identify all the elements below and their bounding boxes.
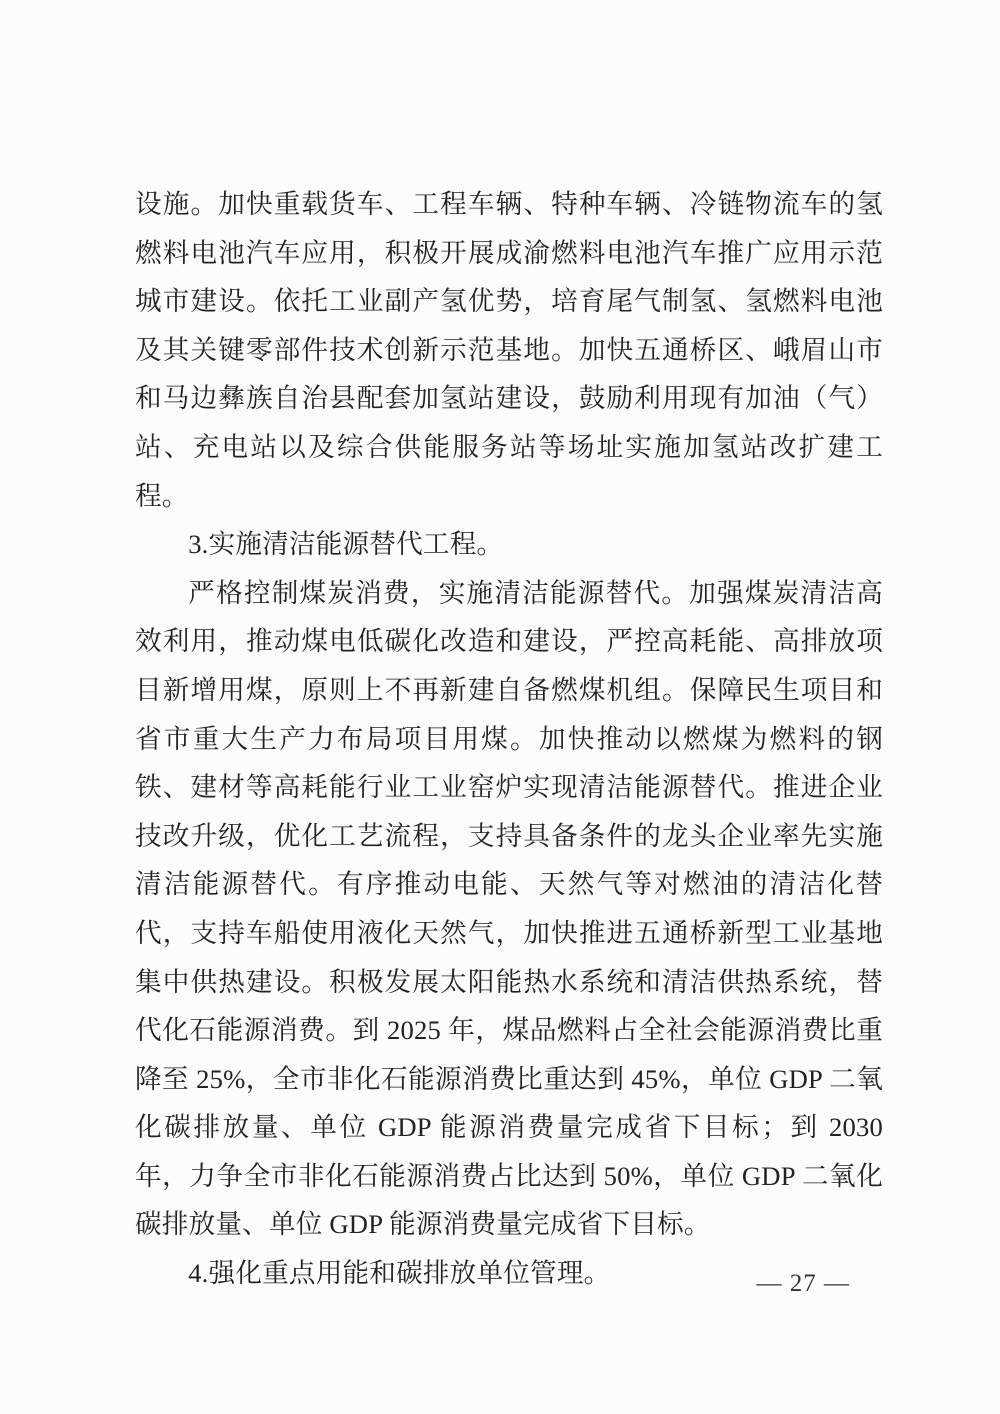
paragraph-clean-energy: 严格控制煤炭消费，实施清洁能源替代。加强煤炭清洁高效利用，推动煤电低碳化改造和建… bbox=[135, 569, 883, 1249]
section-heading-3: 3.实施清洁能源替代工程。 bbox=[135, 520, 883, 569]
document-body: 设施。加快重载货车、工程车辆、特种车辆、冷链物流车的氢燃料电池汽车应用，积极开展… bbox=[135, 180, 883, 1298]
paragraph-continuation: 设施。加快重载货车、工程车辆、特种车辆、冷链物流车的氢燃料电池汽车应用，积极开展… bbox=[135, 180, 883, 520]
document-page: 设施。加快重载货车、工程车辆、特种车辆、冷链物流车的氢燃料电池汽车应用，积极开展… bbox=[0, 0, 1000, 1414]
page-number: — 27 — bbox=[0, 1270, 1000, 1298]
